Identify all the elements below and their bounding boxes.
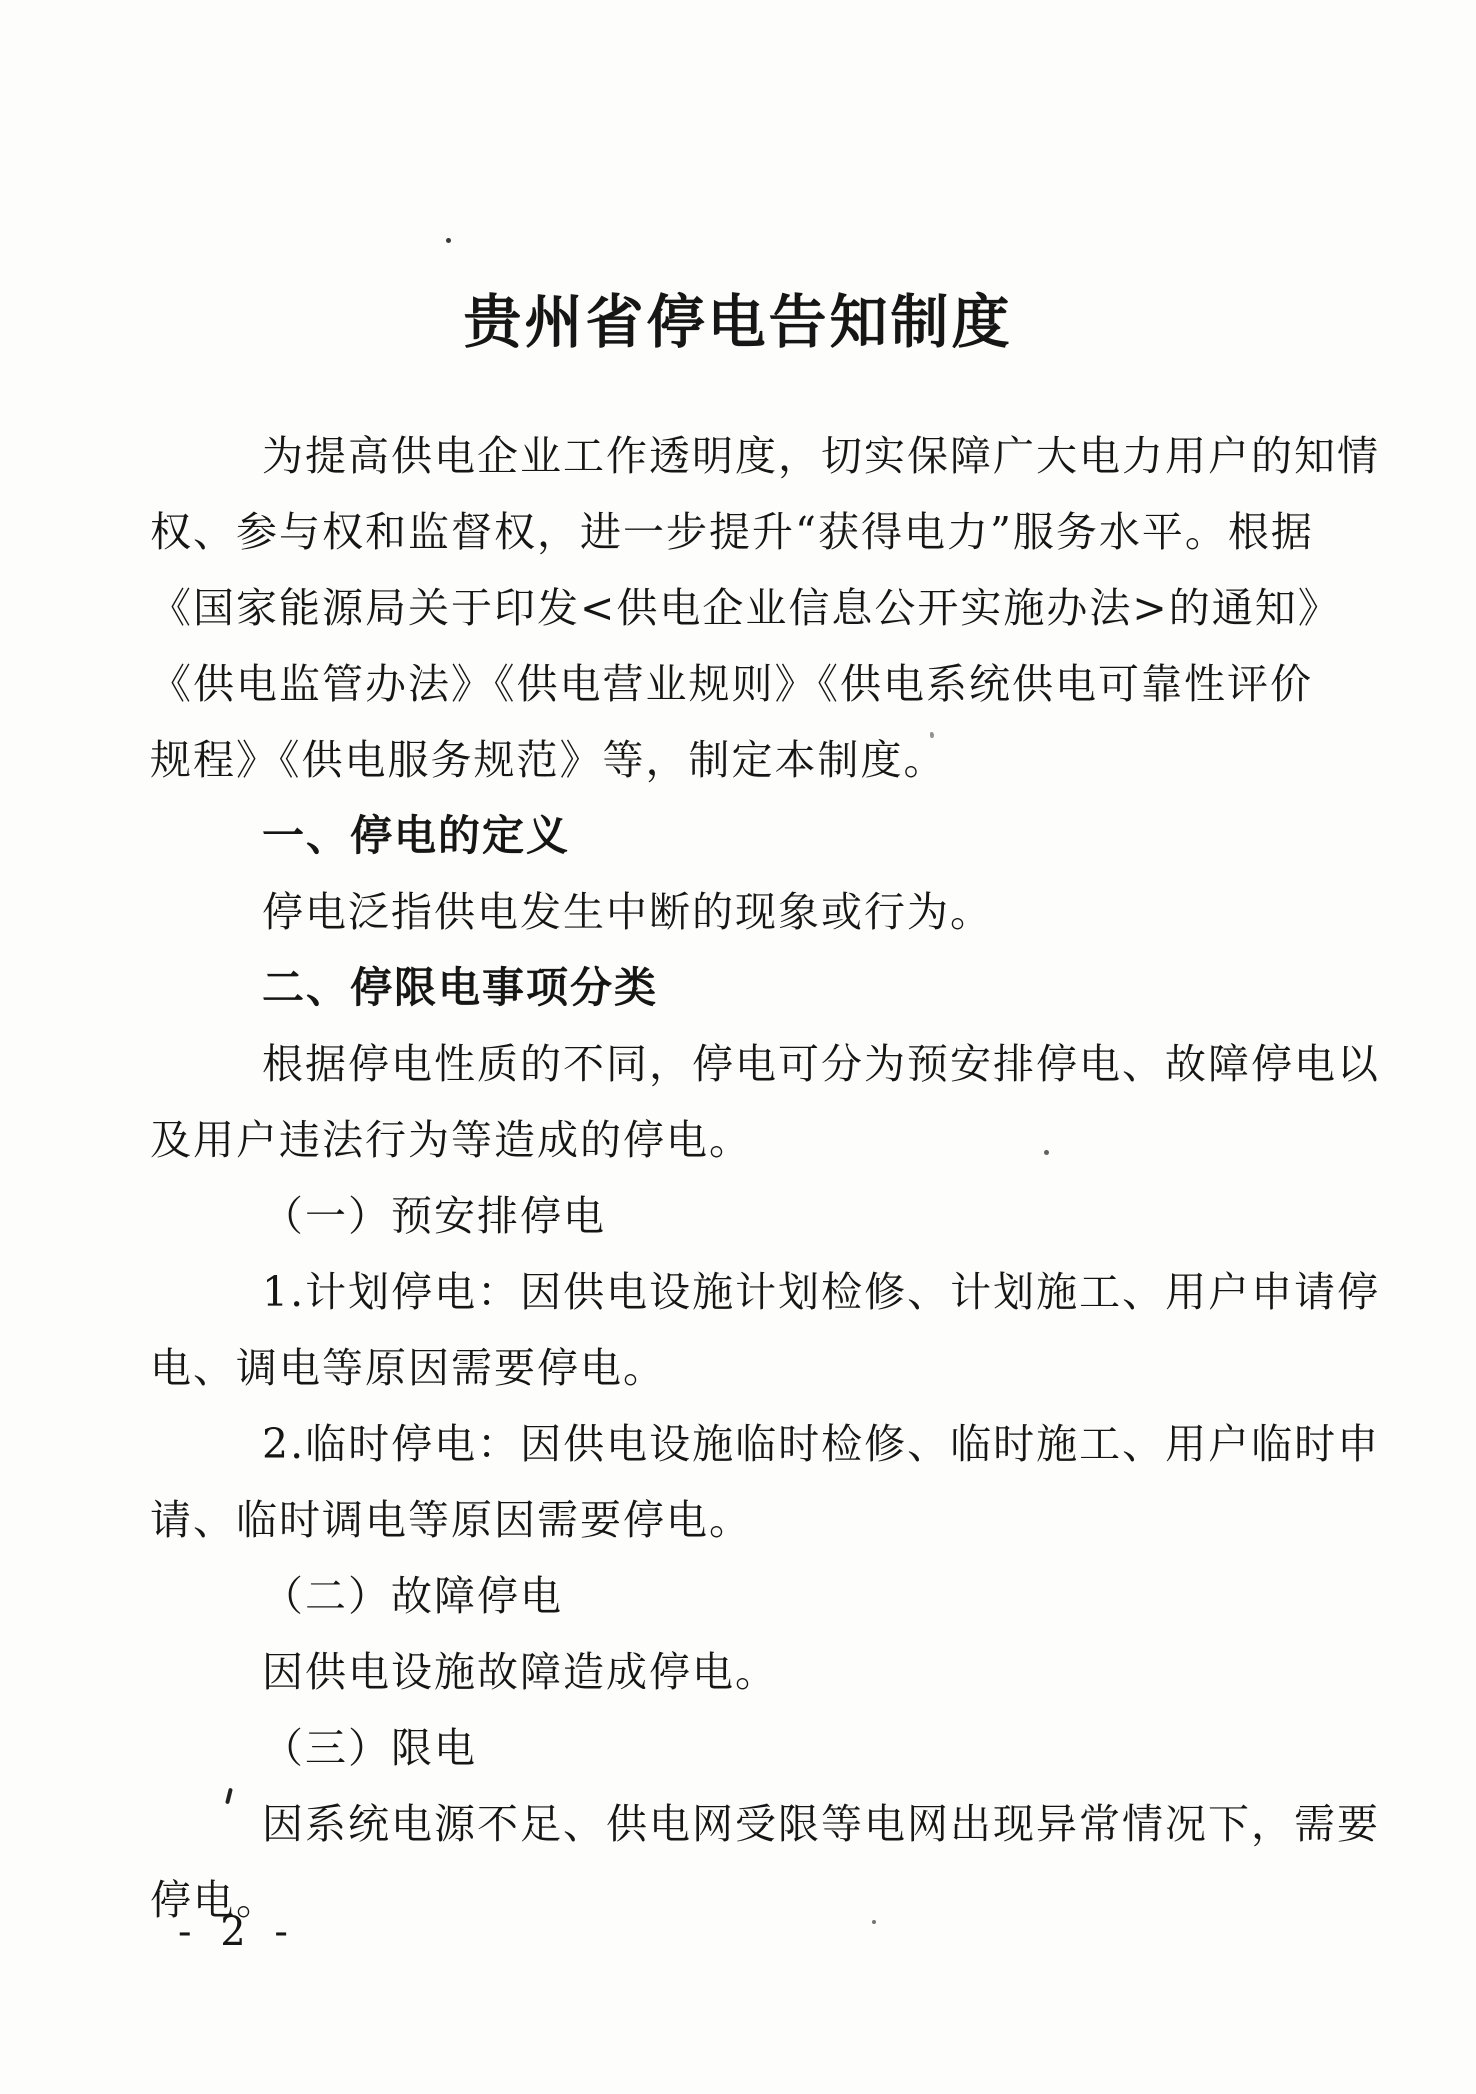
document-title: 贵州省停电告知制度 <box>0 282 1476 362</box>
body-line: 为提高供电企业工作透明度，切实保障广大电力用户的知情 <box>150 418 1350 494</box>
body-line: 《国家能源局关于印发<供电企业信息公开实施办法>的通知》 <box>150 570 1350 646</box>
body-line: 规程》《供电服务规范》等，制定本制度。 <box>150 722 1350 798</box>
body-line: 停电。 <box>150 1862 1350 1938</box>
body-line: 权、参与权和监督权，进一步提升“获得电力”服务水平。根据 <box>150 494 1350 570</box>
section-2-heading: 二、停限电事项分类 <box>150 950 1350 1026</box>
body-line: 请、临时调电等原因需要停电。 <box>150 1482 1350 1558</box>
subsection-2-heading: （二）故障停电 <box>150 1558 1350 1634</box>
scan-speck <box>1044 1150 1049 1155</box>
scan-speck <box>446 238 451 243</box>
document-body: 为提高供电企业工作透明度，切实保障广大电力用户的知情 权、参与权和监督权，进一步… <box>150 418 1350 1938</box>
body-line: 因供电设施故障造成停电。 <box>150 1634 1350 1710</box>
body-line: 根据停电性质的不同，停电可分为预安排停电、故障停电以 <box>150 1026 1350 1102</box>
body-line: 及用户违法行为等造成的停电。 <box>150 1102 1350 1178</box>
document-page: 贵州省停电告知制度 为提高供电企业工作透明度，切实保障广大电力用户的知情 权、参… <box>0 0 1476 2094</box>
section-1-heading: 一、停电的定义 <box>150 798 1350 874</box>
body-line: 1.计划停电：因供电设施计划检修、计划施工、用户申请停 <box>150 1254 1350 1330</box>
subsection-1-heading: （一）预安排停电 <box>150 1178 1350 1254</box>
body-line: 电、调电等原因需要停电。 <box>150 1330 1350 1406</box>
scan-speck <box>872 1920 876 1924</box>
body-line: 停电泛指供电发生中断的现象或行为。 <box>150 874 1350 950</box>
subsection-3-heading: （三）限电 <box>150 1710 1350 1786</box>
body-line: 2.临时停电：因供电设施临时检修、临时施工、用户临时申 <box>150 1406 1350 1482</box>
page-number: - 2 - <box>178 1908 296 1956</box>
body-line: 因系统电源不足、供电网受限等电网出现异常情况下，需要 <box>150 1786 1350 1862</box>
scan-speck <box>930 732 934 738</box>
body-line: 《供电监管办法》《供电营业规则》《供电系统供电可靠性评价 <box>150 646 1350 722</box>
